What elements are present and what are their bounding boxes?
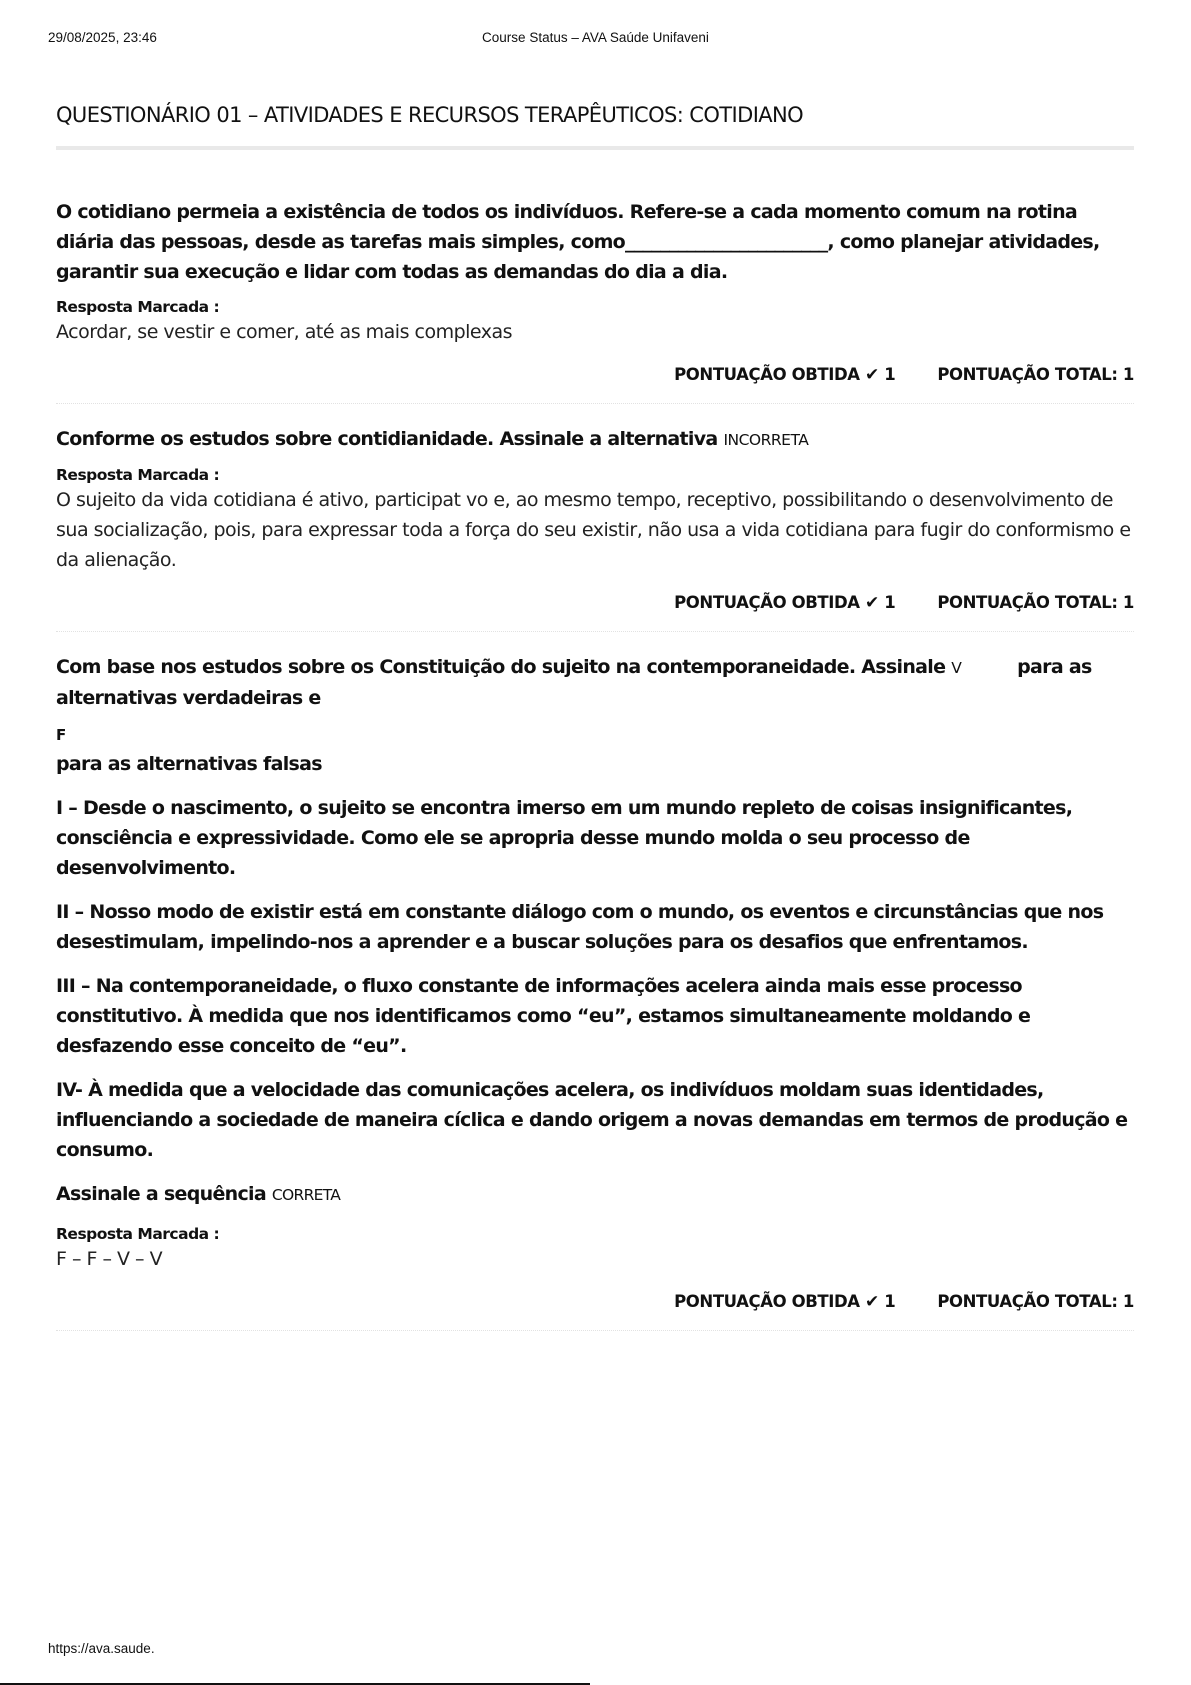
question-3: Com base nos estudos sobre os Constituiç… [56,652,1134,1331]
question-text: Com base nos estudos sobre os Constituiç… [56,652,1134,713]
check-icon: ✔ [865,1292,879,1312]
title-divider [56,146,1134,150]
print-page-title: Course Status – AVA Saúde Unifaveni [0,30,1191,45]
score-row: PONTUAÇÃO OBTIDA ✔ 1 PONTUAÇÃO TOTAL: 1 [56,1292,1134,1312]
instruction-emphasis: CORRETA [272,1186,340,1204]
score-obtained: PONTUAÇÃO OBTIDA ✔ 1 [674,1292,895,1312]
score-row: PONTUAÇÃO OBTIDA ✔ 1 PONTUAÇÃO TOTAL: 1 [56,593,1134,613]
check-icon: ✔ [865,365,879,385]
question-emphasis: INCORRETA [723,431,808,449]
score-obtained: PONTUAÇÃO OBTIDA ✔ 1 [674,365,895,385]
statement-3: III – Na contemporaneidade, o fluxo cons… [56,971,1134,1061]
answer-label: Resposta Marcada : [56,1224,1134,1244]
answer-label: Resposta Marcada : [56,297,1134,317]
page-title: QUESTIONÁRIO 01 – ATIVIDADES E RECURSOS … [56,103,803,127]
check-icon: ✔ [865,593,879,613]
marked-answer: O sujeito da vida cotidiana é ativo, par… [56,485,1134,575]
question-text: O cotidiano permeia a existência de todo… [56,197,1134,287]
false-marker: F [56,725,1134,745]
statement-4: IV- À medida que a velocidade das comuni… [56,1075,1134,1165]
question-text-cont: para as alternativas falsas [56,749,1134,779]
true-marker: V [951,659,961,677]
marked-answer: F – F – V – V [56,1244,1134,1274]
question-1: O cotidiano permeia a existência de todo… [56,197,1134,404]
statement-2: II – Nosso modo de existir está em const… [56,897,1134,957]
score-obtained: PONTUAÇÃO OBTIDA ✔ 1 [674,593,895,613]
question-text: Conforme os estudos sobre contidianidade… [56,424,1134,455]
questions-list: O cotidiano permeia a existência de todo… [56,197,1134,1351]
marked-answer: Acordar, se vestir e comer, até as mais … [56,317,1134,347]
instruction: Assinale a sequência CORRETA [56,1179,1134,1210]
question-2: Conforme os estudos sobre contidianidade… [56,424,1134,632]
answer-label: Resposta Marcada : [56,465,1134,485]
score-total: PONTUAÇÃO TOTAL: 1 [937,593,1134,613]
score-row: PONTUAÇÃO OBTIDA ✔ 1 PONTUAÇÃO TOTAL: 1 [56,365,1134,385]
print-footer-url: https://ava.saude. [48,1641,155,1656]
statement-1: I – Desde o nascimento, o sujeito se enc… [56,793,1134,883]
score-total: PONTUAÇÃO TOTAL: 1 [937,1292,1134,1312]
score-total: PONTUAÇÃO TOTAL: 1 [937,365,1134,385]
